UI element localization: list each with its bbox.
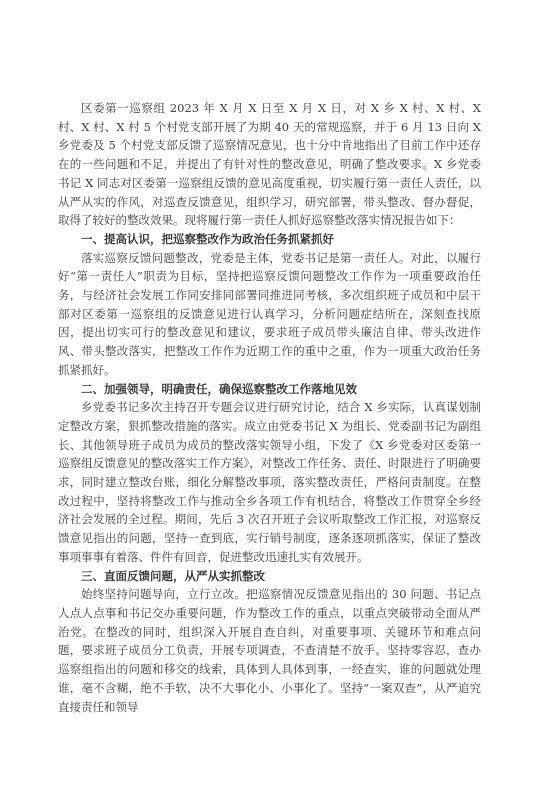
heading-section-2: 二、加强领导，明确责任，确保巡察整改工作落地见效 (58, 380, 481, 399)
document-page: 区委第一巡察组 2023 年 X 月 X 日至 X 月 X 日，对 X 乡 X … (0, 0, 560, 792)
paragraph-section-3: 始终坚持问题导向，立行立改。把巡察情况反馈意见指出的 30 问题、书记点人点人点… (58, 585, 481, 716)
heading-section-1: 一、提高认识，把巡察整改作为政治任务抓紧抓好 (58, 230, 481, 249)
paragraph-section-2: 乡党委书记多次主持召开专题会议进行研究讨论，结合 X 乡实际，认真谋划制定整改方… (58, 398, 481, 566)
paragraph-intro: 区委第一巡察组 2023 年 X 月 X 日至 X 月 X 日，对 X 乡 X … (58, 99, 481, 230)
heading-section-3: 三、直面反馈问题，从严从实抓整改 (58, 567, 481, 586)
paragraph-section-1: 落实巡察反馈问题整改，党委是主体，党委书记是第一责任人。对此，以履行好“第一责任… (58, 249, 481, 380)
